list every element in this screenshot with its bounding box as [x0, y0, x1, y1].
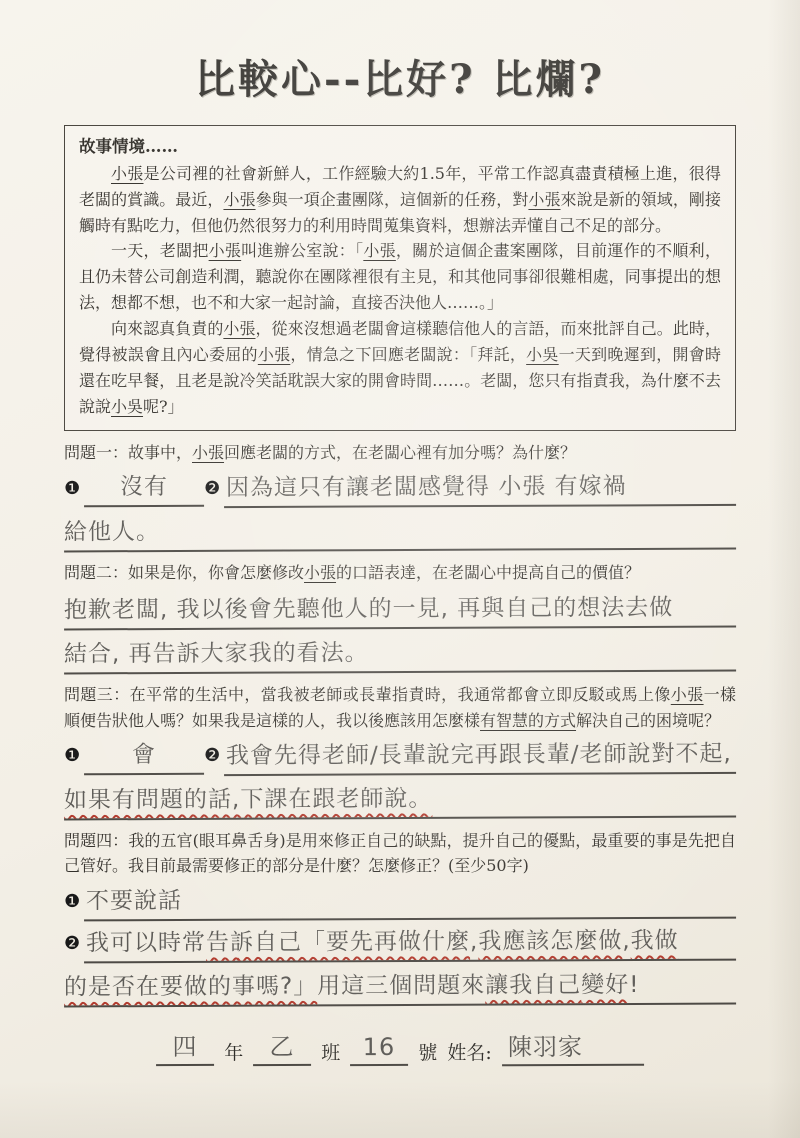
question-3-answer-2-line-2: 如果有問題的話,下課在跟老師說。: [64, 773, 736, 820]
numbered-circle-1-icon: ❶: [64, 475, 84, 507]
question-1-answer-2-line-1: 因為這只有讓老闆感覺得 小張 有嫁禍: [224, 472, 736, 508]
question-1-answer-row: ❶ 沒有 ❷ 因為這只有讓老闆感覺得 小張 有嫁禍: [64, 465, 736, 507]
question-2-label: 問題二：如果是你，你會怎麼修改小張的口語表達，在老闆心中提高自己的價值？: [64, 560, 736, 585]
numbered-circle-2-icon: ❷: [204, 742, 224, 774]
question-4-answer-2-line-2: 的是否在要做的事嗎?」用這三個問題來讓我自己變好!: [64, 961, 736, 1008]
story-box: 故事情境…… 小張是公司裡的社會新鮮人，工作經驗大約1.5年，平常工作認真盡責積…: [64, 125, 736, 431]
question-1-label: 問題一：故事中，小張回應老闆的方式，在老闆心裡有加分嗎？為什麼？: [64, 440, 736, 465]
numbered-circle-1-icon: ❶: [64, 742, 84, 774]
story-paragraph-1: 小張是公司裡的社會新鮮人，工作經驗大約1.5年，平常工作認真盡責積極上進，很得老…: [79, 161, 721, 239]
class-label: 班: [321, 1038, 340, 1067]
question-2-answer-line-2: 結合, 再告訴大家我的看法。: [64, 628, 736, 675]
story-paragraph-2: 一天，老闆把小張叫進辦公室說：「小張，關於這個企畫案團隊，目前運作的不順利，且仍…: [79, 238, 721, 316]
question-4: 問題四：我的五官(眼耳鼻舌身)是用來修正自己的缺點，提升自己的優點，最重要的事是…: [64, 828, 736, 1007]
numbered-circle-2-icon: ❷: [204, 475, 224, 507]
question-1-answer-2-line-2: 給他人。: [64, 506, 736, 553]
page-title: 比較心--比好? 比爛?: [64, 48, 736, 105]
seat-number-label: 號: [418, 1038, 437, 1067]
question-3-answer-2-line-1: 我會先得老師/長輩說完再跟長輩/老師說對不起,: [224, 740, 736, 776]
question-3-answer-row: ❶ 會 ❷ 我會先得老師/長輩說完再跟長輩/老師說對不起,: [64, 733, 736, 775]
grade-label: 年: [224, 1038, 243, 1067]
question-4-answer-2-line-1: 我可以時常告訴自己「要先再做什麼,我應該怎麼做,我做: [84, 927, 736, 964]
question-4-label: 問題四：我的五官(眼耳鼻舌身)是用來修正自己的缺點，提升自己的優點，最重要的事是…: [64, 828, 736, 879]
question-2: 問題二：如果是你，你會怎麼修改小張的口語表達，在老闆心中提高自己的價值？ 抱歉老…: [64, 560, 736, 673]
question-1: 問題一：故事中，小張回應老闆的方式，在老闆心裡有加分嗎？為什麼？ ❶ 沒有 ❷ …: [64, 440, 736, 551]
question-3-label: 問題三：在平常的生活中，當我被老師或長輩指責時，我通常都會立即反駁或馬上像小張一…: [64, 682, 736, 733]
grade-value: 四: [156, 1032, 214, 1066]
question-2-answer-line-1: 抱歉老闆, 我以後會先聽他人的一見, 再與自己的想法去做: [64, 584, 736, 631]
question-3-answer-1: 會: [84, 741, 204, 775]
class-info-line: 四 年 乙 班 16 號 姓名: 陳羽家: [64, 1032, 736, 1066]
question-3: 問題三：在平常的生活中，當我被老師或長輩指責時，我通常都會立即反駁或馬上像小張一…: [64, 682, 736, 819]
question-4-answer-1-row: ❶ 不要說話: [64, 878, 736, 920]
story-heading: 故事情境……: [79, 134, 721, 161]
seat-number-value: 16: [350, 1032, 408, 1066]
student-name: 陳羽家: [502, 1032, 644, 1067]
numbered-circle-2-icon: ❷: [64, 930, 84, 962]
story-paragraph-3: 向來認真負責的小張，從來沒想過老闆會這樣聽信他人的言語，而來批評自己。此時，覺得…: [79, 316, 721, 420]
class-value: 乙: [253, 1032, 311, 1066]
numbered-circle-1-icon: ❶: [64, 888, 84, 920]
worksheet-page: 比較心--比好? 比爛? 故事情境…… 小張是公司裡的社會新鮮人，工作經驗大約1…: [0, 0, 800, 1138]
name-label: 姓名:: [447, 1038, 491, 1067]
question-1-answer-1: 沒有: [84, 473, 204, 507]
question-4-answer-1: 不要說話: [84, 885, 736, 922]
question-4-answer-2-row: ❷ 我可以時常告訴自己「要先再做什麼,我應該怎麼做,我做: [64, 920, 736, 962]
